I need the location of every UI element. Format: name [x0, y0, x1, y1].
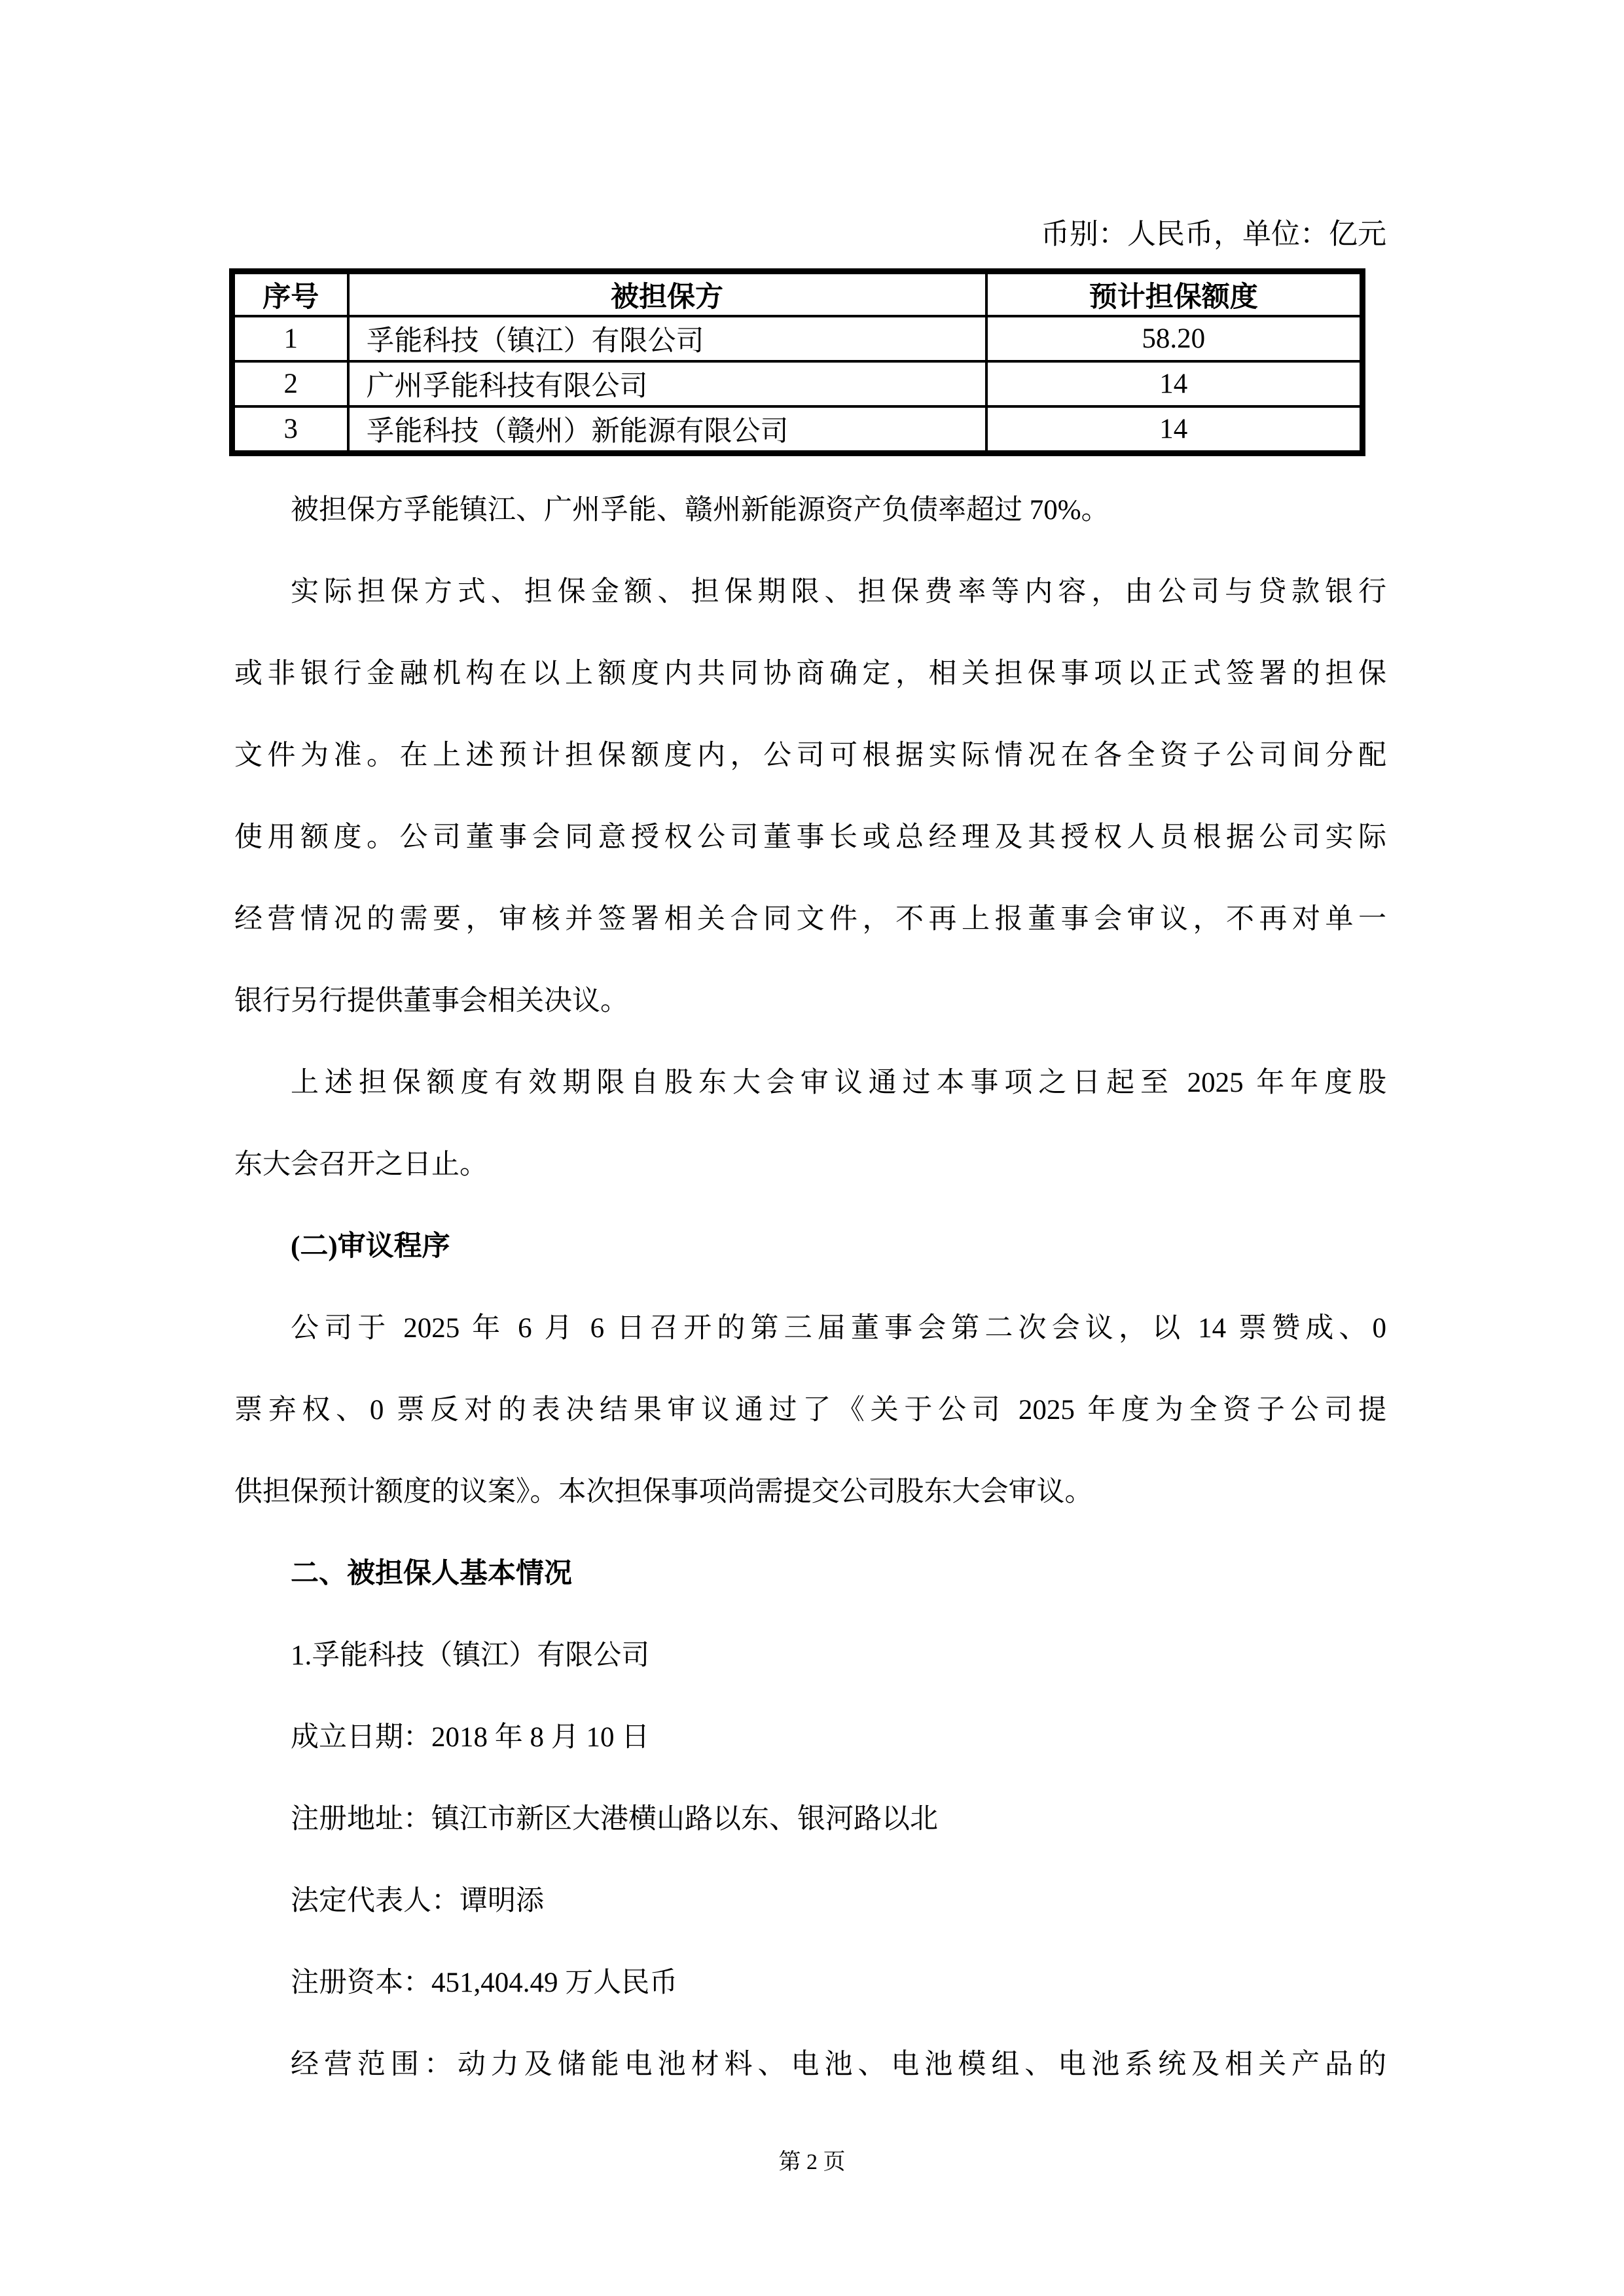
guaranteed-party: 孚能科技（镇江）有限公司	[348, 316, 986, 361]
guarantee-amount: 58.20	[986, 316, 1363, 361]
section-heading-review-procedure: (二)审议程序	[234, 1206, 1386, 1287]
body-text: 被担保方孚能镇江、广州孚能、赣州新能源资产负债率超过 70%。 实际担保方式、担…	[234, 469, 1386, 2106]
col-header-party: 被担保方	[348, 272, 986, 317]
guarantee-amount: 14	[986, 361, 1363, 406]
currency-unit-note: 币别：人民币，单位：亿元	[234, 215, 1386, 254]
guaranteed-party: 孚能科技（赣州）新能源有限公司	[348, 406, 986, 454]
row-index: 3	[232, 406, 348, 454]
guarantee-amount: 14	[986, 406, 1363, 454]
document-page: 币别：人民币，单位：亿元 序号 被担保方 预计担保额度 1 孚能科技（镇江）有限…	[0, 0, 1624, 2296]
paragraph-line: 供担保预计额度的议案》。本次担保事项尚需提交公司股东大会审议。	[234, 1451, 1386, 1533]
row-index: 1	[232, 316, 348, 361]
paragraph-line: 使用额度。公司董事会同意授权公司董事长或总经理及其授权人员根据公司实际	[234, 797, 1386, 878]
paragraph-line: 文件为准。在上述预计担保额度内，公司可根据实际情况在各全资子公司间分配	[234, 715, 1386, 797]
legal-representative-line: 法定代表人：谭明添	[234, 1860, 1386, 1942]
table-header-row: 序号 被担保方 预计担保额度	[232, 272, 1363, 317]
registered-capital-line: 注册资本：451,404.49 万人民币	[234, 1942, 1386, 2024]
paragraph-line: 或非银行金融机构在以上额度内共同协商确定，相关担保事项以正式签署的担保	[234, 633, 1386, 715]
paragraph-line: 票弃权、0 票反对的表决结果审议通过了《关于公司 2025 年度为全资子公司提	[234, 1369, 1386, 1451]
row-index: 2	[232, 361, 348, 406]
section-heading-guaranteed-parties: 二、被担保人基本情况	[234, 1533, 1386, 1615]
paragraph-line: 被担保方孚能镇江、广州孚能、赣州新能源资产负债率超过 70%。	[234, 469, 1386, 551]
page-number: 第 2 页	[0, 2148, 1624, 2177]
guaranteed-party: 广州孚能科技有限公司	[348, 361, 986, 406]
company-name-line: 1.孚能科技（镇江）有限公司	[234, 1615, 1386, 1696]
paragraph-line: 实际担保方式、担保金额、担保期限、担保费率等内容，由公司与贷款银行	[234, 551, 1386, 633]
table-row: 1 孚能科技（镇江）有限公司 58.20	[232, 316, 1363, 361]
business-scope-line: 经营范围：动力及储能电池材料、电池、电池模组、电池系统及相关产品的	[234, 2024, 1386, 2106]
guarantee-quota-table: 序号 被担保方 预计担保额度 1 孚能科技（镇江）有限公司 58.20 2 广州…	[229, 268, 1365, 456]
paragraph-line: 上述担保额度有效期限自股东大会审议通过本事项之日起至 2025 年年度股	[234, 1042, 1386, 1124]
col-header-amount: 预计担保额度	[986, 272, 1363, 317]
col-header-index: 序号	[232, 272, 348, 317]
table-row: 3 孚能科技（赣州）新能源有限公司 14	[232, 406, 1363, 454]
paragraph-line: 经营情况的需要，审核并签署相关合同文件，不再上报董事会审议，不再对单一	[234, 878, 1386, 960]
table-row: 2 广州孚能科技有限公司 14	[232, 361, 1363, 406]
establish-date-line: 成立日期：2018 年 8 月 10 日	[234, 1696, 1386, 1778]
paragraph-line: 公司于 2025 年 6 月 6 日召开的第三届董事会第二次会议，以 14 票赞…	[234, 1287, 1386, 1369]
paragraph-line: 东大会召开之日止。	[234, 1124, 1386, 1206]
registered-address-line: 注册地址：镇江市新区大港横山路以东、银河路以北	[234, 1778, 1386, 1860]
paragraph-line: 银行另行提供董事会相关决议。	[234, 960, 1386, 1042]
